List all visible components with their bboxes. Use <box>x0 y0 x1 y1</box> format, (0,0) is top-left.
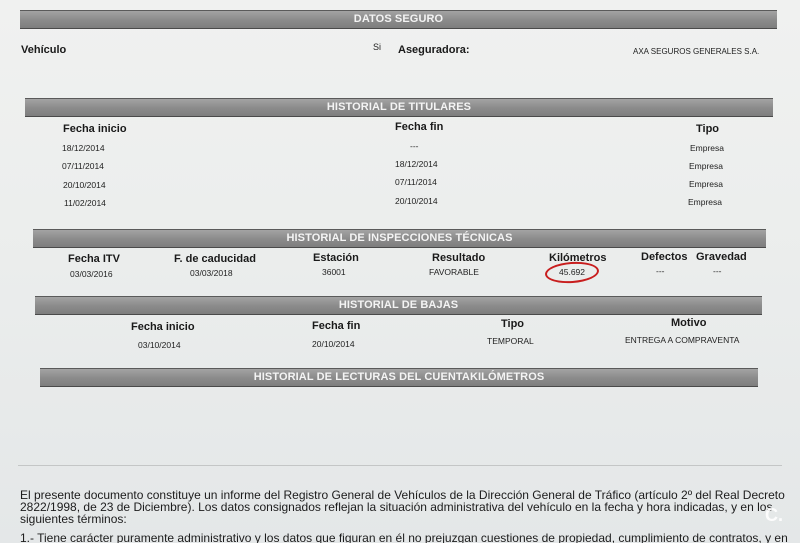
document-page: DATOS SEGURO Vehículo Si Aseguradora: AX… <box>0 0 800 543</box>
titulares-col-tipo: Tipo <box>696 123 719 135</box>
itv-estacion: 36001 <box>322 267 346 277</box>
section-header-bajas: HISTORIAL DE BAJAS <box>35 296 762 315</box>
itv-col-caducidad: F. de caducidad <box>174 253 256 265</box>
vehiculo-label: Vehículo <box>21 44 66 56</box>
section-header-datos-seguro: DATOS SEGURO <box>20 10 777 29</box>
itv-col-fecha: Fecha ITV <box>68 253 120 265</box>
itv-fecha: 03/03/2016 <box>70 269 113 279</box>
bajas-col-tipo: Tipo <box>501 318 524 330</box>
aseguradora-value: AXA SEGUROS GENERALES S.A. <box>633 47 759 56</box>
titulares-r3-fin: 20/10/2014 <box>395 196 438 206</box>
titulares-r0-tipo: Empresa <box>690 143 724 153</box>
itv-defectos: --- <box>656 266 665 276</box>
legal-text-line-3: siguientes términos: <box>20 513 127 525</box>
section-header-lecturas: HISTORIAL DE LECTURAS DEL CUENTAKILÓMETR… <box>40 368 758 387</box>
bajas-fecha-inicio: 03/10/2014 <box>138 340 181 350</box>
bajas-col-fecha-fin: Fecha fin <box>312 320 360 332</box>
titulares-r1-fin: 18/12/2014 <box>395 159 438 169</box>
titulares-r3-inicio: 11/02/2014 <box>64 198 106 208</box>
section-header-inspecciones: HISTORIAL DE INSPECCIONES TÉCNICAS <box>33 229 766 248</box>
titulares-r1-tipo: Empresa <box>689 161 723 171</box>
titulares-r2-inicio: 20/10/2014 <box>63 180 106 190</box>
titulares-col-fecha-fin: Fecha fin <box>395 121 443 133</box>
legal-text-line-4: 1.- Tiene carácter puramente administrat… <box>20 532 788 543</box>
titulares-col-fecha-inicio: Fecha inicio <box>63 123 127 135</box>
titulares-r2-fin: 07/11/2014 <box>395 177 437 187</box>
divider <box>18 465 782 466</box>
aseguradora-label: Aseguradora: <box>398 44 470 56</box>
titulares-r1-inicio: 07/11/2014 <box>62 161 104 171</box>
itv-col-defectos: Defectos <box>641 251 687 263</box>
bajas-fecha-fin: 20/10/2014 <box>312 339 355 349</box>
bajas-motivo: ENTREGA A COMPRAVENTA <box>625 335 739 345</box>
vehiculo-value: Si <box>373 42 381 52</box>
titulares-r0-inicio: 18/12/2014 <box>62 143 105 153</box>
bajas-col-fecha-inicio: Fecha inicio <box>131 321 195 333</box>
bajas-col-motivo: Motivo <box>671 317 706 329</box>
itv-caducidad: 03/03/2018 <box>190 268 233 278</box>
legal-text-line-2: 2822/1998, de 23 de Diciembre). Los dato… <box>20 501 772 513</box>
titulares-r3-tipo: Empresa <box>688 197 722 207</box>
itv-resultado: FAVORABLE <box>429 267 479 277</box>
watermark: C. <box>765 505 783 526</box>
itv-gravedad: --- <box>713 266 722 276</box>
itv-col-resultado: Resultado <box>432 252 485 264</box>
titulares-r0-fin: --- <box>410 141 419 151</box>
itv-col-gravedad: Gravedad <box>696 251 747 263</box>
itv-col-estacion: Estación <box>313 252 359 264</box>
bajas-tipo: TEMPORAL <box>487 336 534 346</box>
section-header-titulares: HISTORIAL DE TITULARES <box>25 98 773 117</box>
titulares-r2-tipo: Empresa <box>689 179 723 189</box>
